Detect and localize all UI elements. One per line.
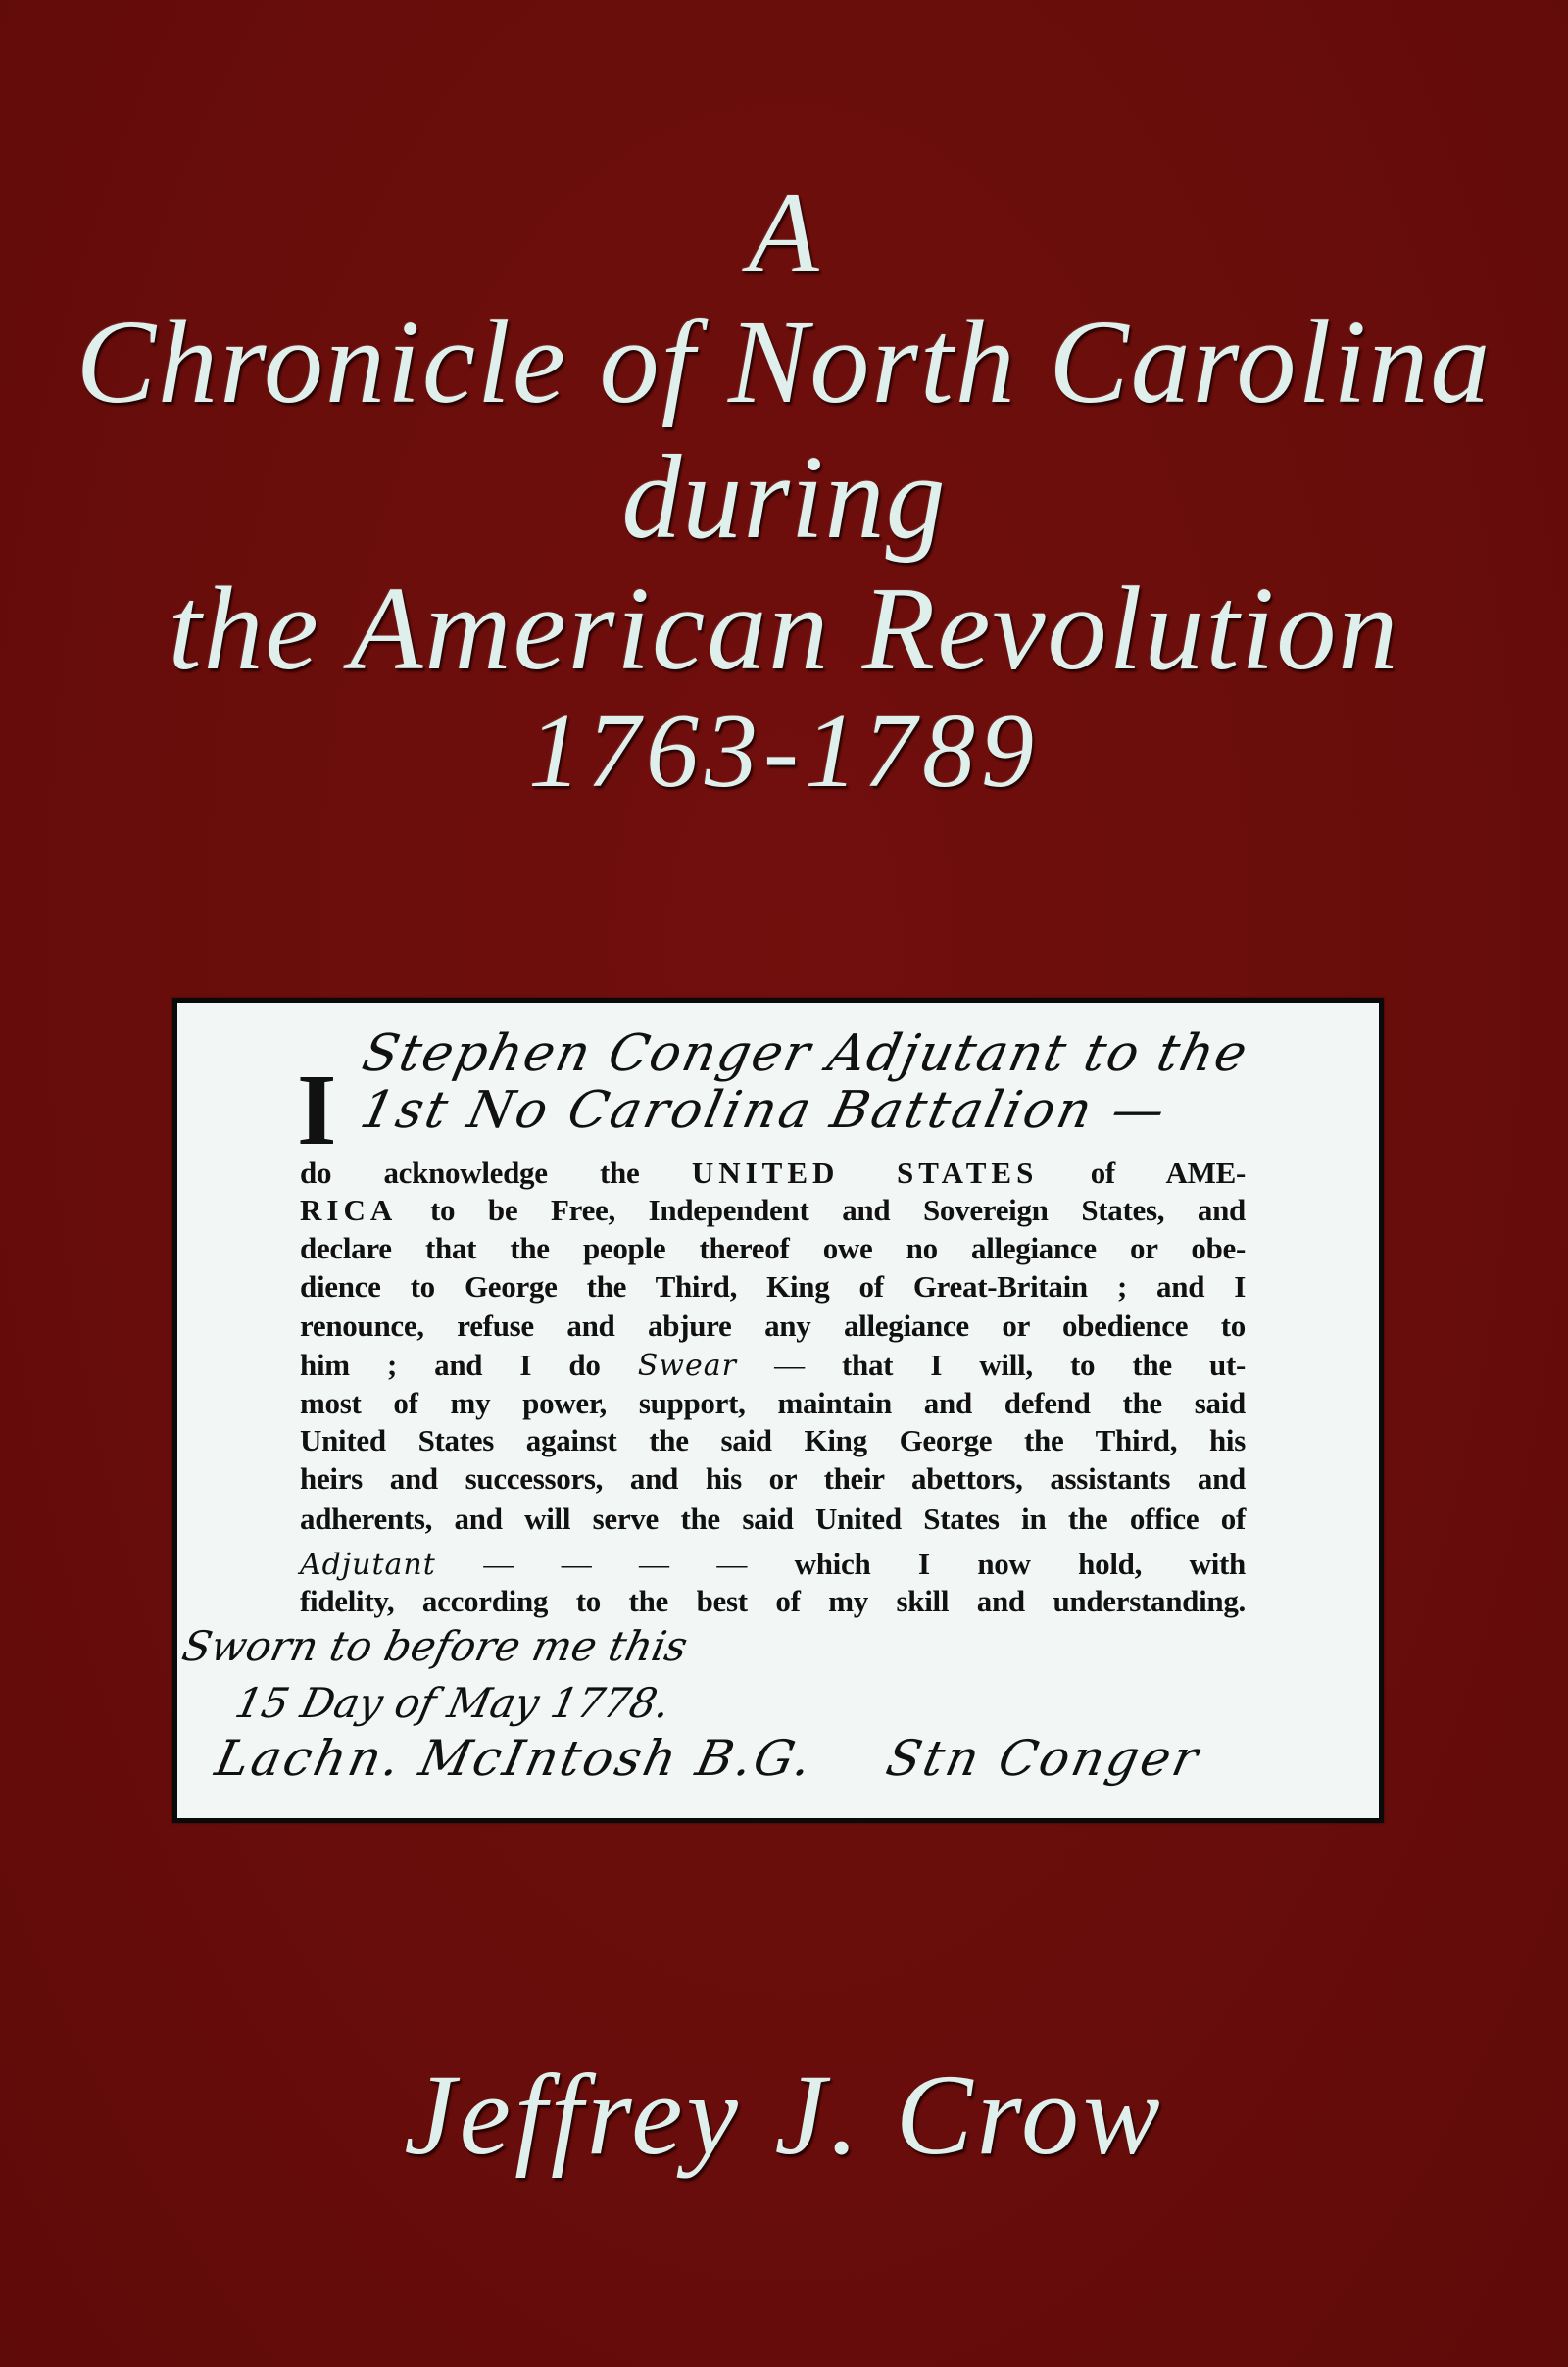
title-line-years: 1763-1789 — [0, 691, 1568, 813]
printed-line: dience to George the Third, King of Grea… — [300, 1268, 1246, 1306]
handwritten-sworn-line: Sworn to before me this — [178, 1622, 692, 1670]
handwritten-swear: Swear — [638, 1349, 737, 1383]
printed-line: adherents, and will serve the said Unite… — [300, 1501, 1246, 1538]
author-name: Jeffrey J. Crow — [0, 2048, 1568, 2182]
printed-line: fidelity, according to the best of my sk… — [300, 1583, 1246, 1620]
printed-line: declare that the people thereof owe no a… — [300, 1230, 1246, 1267]
printed-line: do acknowledge the UNITED STATES of AME- — [300, 1155, 1246, 1192]
handwritten-battalion-line: 1st No Carolina Battalion — — [356, 1081, 1173, 1140]
title-line-chronicle: Chronicle of North Carolina — [0, 294, 1568, 431]
printed-line: United States against the said King Geor… — [300, 1422, 1246, 1459]
title-line-revolution: the American Revolution — [0, 561, 1568, 698]
handwritten-signatures: Lachn. McIntosh B.G. Stn Conger — [211, 1730, 1205, 1787]
printed-line: RICA to be Free, Independent and Soverei… — [300, 1192, 1246, 1229]
handwritten-date-line: 15 Day of May 1778. — [231, 1679, 675, 1727]
handwritten-name-line: Stephen Conger Adjutant to the — [358, 1024, 1254, 1083]
handwritten-adjutant: Adjutant — [300, 1548, 436, 1582]
title-article: A — [0, 167, 1568, 300]
office-line: Adjutant — — — — which I now hold, with — [300, 1546, 1246, 1584]
printed-line: heirs and successors, and his or their a… — [300, 1460, 1246, 1498]
printed-line: renounce, refuse and abjure any allegian… — [300, 1307, 1246, 1345]
drop-cap: I — [297, 1060, 336, 1161]
title-line-during: during — [0, 429, 1568, 567]
oath-document-image: I Stephen Conger Adjutant to the 1st No … — [172, 998, 1384, 1823]
printed-line: most of my power, support, maintain and … — [300, 1385, 1246, 1422]
oath-line: him ; and I do Swear — that I will, to t… — [300, 1347, 1246, 1385]
